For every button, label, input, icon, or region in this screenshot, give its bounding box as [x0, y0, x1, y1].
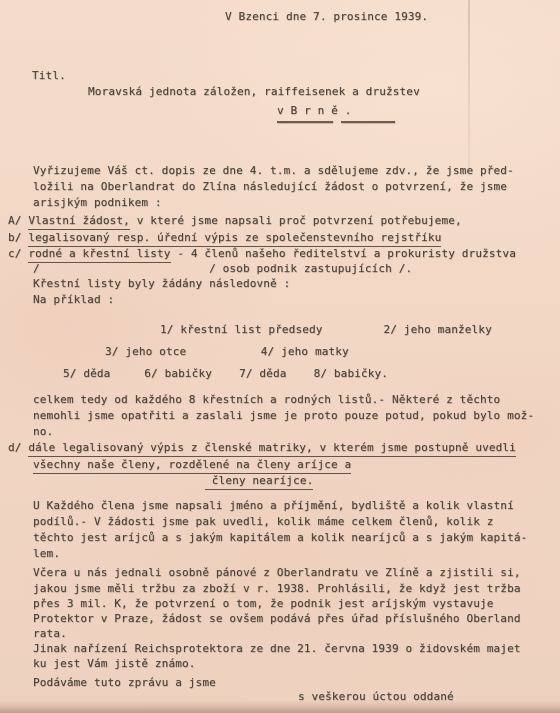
date-line: V Bzenci dne 7. prosince 1939.	[225, 10, 428, 24]
para3-line3: těchto jest aríjců a s jakým kapitálem a…	[33, 531, 527, 545]
item-c-cont: / / osob podnik zastupujících /.	[33, 262, 412, 276]
document-page: V Bzenci dne 7. prosince 1939.Titl.Morav…	[0, 0, 560, 713]
addressee-city: v B r n ě .	[277, 104, 352, 118]
paper-crease	[468, 0, 470, 170]
krestni-intro: Křestní listy byly žádány následovně :	[33, 277, 290, 291]
para4-line4: Protektor v Praze, žádost se ovšem podáv…	[33, 612, 521, 626]
para2-line3: no.	[33, 425, 53, 439]
salutation-titl: Titl.	[32, 69, 66, 83]
brno-underline-dash	[277, 121, 333, 123]
para3-line1: U Každého člena jsme napsali jméno a pří…	[33, 499, 514, 513]
para4-line3: přes 3 mil. K, že potvrzení o tom, že po…	[33, 597, 494, 611]
list-row3: 5/ děda 6/ babičky 7/ děda 8/ babičky.	[63, 367, 388, 381]
example-label: Na příklad :	[33, 293, 114, 307]
closing-line1: Podáváme tuto zprávu a jsme	[33, 676, 216, 690]
list-row1: 1/ křestní list předsedy 2/ jeho manželk…	[160, 323, 492, 337]
para2-line2: nemohli jsme opatřiti a zaslali jsme je …	[33, 409, 534, 423]
item-a: A/ Vlastní žádost, v které jsme napsali …	[8, 214, 462, 230]
para4-line5: rata.	[33, 627, 67, 641]
item-b: b/ legalisovaný resp. úřední výpis ze sp…	[8, 231, 441, 247]
para1-line1: Vyřizujeme Váš ct. dopis ze dne 4. t.m. …	[33, 164, 514, 178]
item-d-line2: všechny naše členy, rozdělené na členy a…	[33, 458, 351, 474]
para1-line2: ložili na Oberlandrat do Zlína následují…	[33, 180, 507, 194]
para4-line1: Včera u nás jednali osobně pánové z Ober…	[33, 566, 521, 580]
list-row2: 3/ jeho otce 4/ jeho matky	[105, 345, 349, 359]
para4-line2: jakou jsme měli tržbu za zboží v r. 1938…	[33, 582, 521, 596]
para5-line2: ku jest Vám jistě známo.	[33, 657, 196, 671]
para3-line2: podílů.- V žádosti jsme pak uvedli, koli…	[33, 515, 494, 529]
addressee-org: Moravská jednota záložen, raiffeisenek a…	[88, 85, 420, 99]
item-c: c/ rodné a křestní listy - 4 členů našeh…	[8, 247, 516, 263]
brno-underline-dash	[341, 121, 395, 123]
para2-line1: celkem tedy od každého 8 křestních a rod…	[33, 393, 500, 407]
item-d-line3: členy nearíjce.	[205, 474, 313, 490]
page-bottom-shadow	[0, 700, 560, 713]
para1-line3: arisjkým podnikem :	[33, 196, 162, 210]
closing-line2: s veškerou úctou oddané	[298, 690, 454, 704]
para5-line1: Jinak nařízení Reichsprotektora ze dne 2…	[33, 642, 521, 656]
para3-line4: lem.	[33, 547, 60, 561]
item-d: d/ dále legalisovaný výpis z členské mat…	[8, 441, 516, 457]
